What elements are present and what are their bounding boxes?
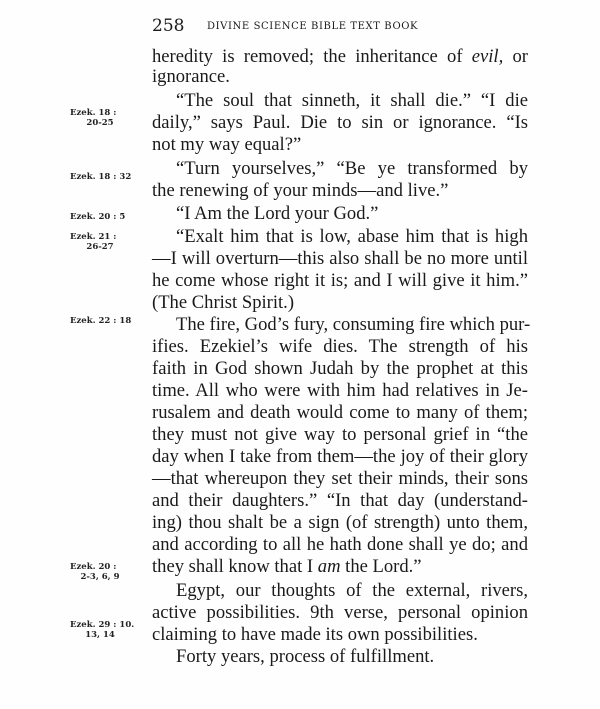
margin-ref-ezek-29-10: Ezek. 29 : 10. 13, 14 [70, 620, 142, 640]
text-line: active possibilities. 9th verse, persona… [152, 602, 528, 624]
emphasis: evil, [472, 46, 504, 67]
page-header: 258 DIVINE SCIENCE BIBLE TEXT BOOK [152, 16, 532, 40]
text-line: rusalem and death would come to many of … [152, 402, 528, 424]
text-line: they must not give way to personal grief… [152, 424, 528, 446]
text-line: and their daughters.” “In that day (unde… [152, 490, 528, 512]
text-line: (The Christ Spirit.) [152, 292, 528, 314]
text-line: The fire, God’s fury, consuming fire whi… [176, 314, 528, 336]
running-head: DIVINE SCIENCE BIBLE TEXT BOOK [207, 21, 418, 32]
text-line: faith in God shown Judah by the prophet … [152, 358, 528, 380]
text-line: Forty years, process of fulfillment. [176, 646, 528, 668]
text-line: Egypt, our thoughts of the external, riv… [176, 580, 528, 602]
text-line: “Turn yourselves,” “Be ye transformed by [176, 158, 528, 180]
margin-ref-ezek-20-2: Ezek. 20 : 2-3, 6, 9 [70, 562, 142, 582]
text-line: —that whereupon they set their minds, th… [152, 468, 528, 490]
text-line: daily,” says Paul. Die to sin or ignoran… [152, 112, 528, 134]
text-line: ifies. Ezekiel’s wife dies. The strength… [152, 336, 528, 358]
text-line: ing) thou shalt be a sign (of strength) … [152, 512, 528, 534]
text-line: —I will overturn—this also shall be no m… [152, 248, 528, 270]
text-line: heredity is removed; the inheritance of … [152, 46, 528, 68]
text-line: claiming to have made its own possibilit… [152, 624, 528, 646]
text-line: “The soul that sinneth, it shall die.” “… [176, 90, 528, 112]
text-line: they shall know that I am the Lord.” [152, 556, 528, 578]
margin-ref-ezek-18-32: Ezek. 18 : 32 [70, 172, 142, 182]
margin-ref-ezek-22-18: Ezek. 22 : 18 [70, 316, 142, 326]
text-line: day when I take from them—the joy of the… [152, 446, 528, 468]
text-line: and according to all he hath done shall … [152, 534, 528, 556]
margin-ref-ezek-20-5: Ezek. 20 : 5 [70, 212, 142, 222]
text-line: the renewing of your minds—and live.” [152, 180, 528, 202]
text-line: not my way equal?” [152, 134, 528, 156]
page-number: 258 [152, 16, 184, 36]
margin-ref-ezek-21: Ezek. 21 : 26-27 [70, 232, 142, 252]
book-page: 258 DIVINE SCIENCE BIBLE TEXT BOOK Ezek.… [0, 0, 600, 709]
text-line: “I Am the Lord your God.” [176, 203, 528, 225]
emphasis: am [318, 556, 341, 577]
margin-ref-ezek-18-20: Ezek. 18 : 20-25 [70, 108, 142, 128]
text-line: “Exalt him that is low, abase him that i… [176, 226, 528, 248]
text-line: time. All who were with him had relative… [152, 380, 528, 402]
text-line: ignorance. [152, 66, 528, 88]
text-line: he come whose right it is; and I will gi… [152, 270, 528, 292]
